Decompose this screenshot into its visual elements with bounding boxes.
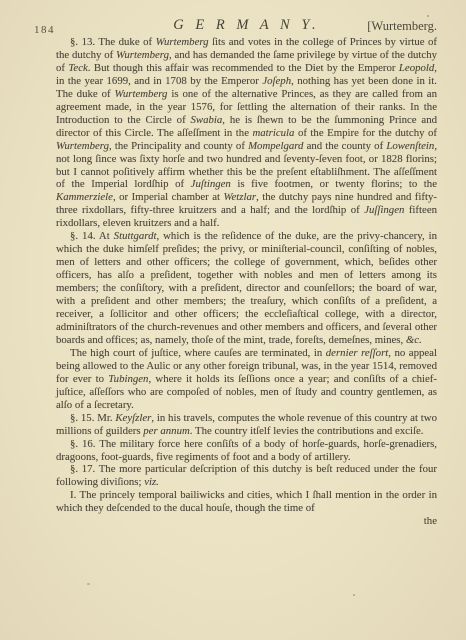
scan-speckle <box>353 594 355 596</box>
page-body: §. 13. The duke of Wurtemberg ſits and v… <box>56 36 437 528</box>
paragraph-section-14: §. 14. At Stuttgardt, which is the reſid… <box>56 230 437 347</box>
paragraph-section-15: §. 15. Mr. Keyſzler, in his travels, com… <box>56 412 437 438</box>
header-section-label: [Wurtemberg. <box>367 19 437 34</box>
catchword: the <box>56 515 437 528</box>
page-number: 184 <box>34 24 55 36</box>
paragraph-section-17: §. 17. The more particular deſcription o… <box>56 463 437 489</box>
paragraph-section-16: §. 16. The military force here conſiſts … <box>56 438 437 464</box>
scan-speckle <box>87 583 90 585</box>
running-head: 184 G E R M A N Y. [Wurtemberg. <box>56 17 437 36</box>
paragraph-section-13: §. 13. The duke of Wurtemberg ſits and v… <box>56 36 437 230</box>
paragraph-high-court: The high court of juſtice, where cauſes … <box>56 347 437 412</box>
scan-speckle <box>427 15 429 17</box>
book-page-scan: 184 G E R M A N Y. [Wurtemberg. §. 13. T… <box>0 0 466 640</box>
paragraph-division-1: I. The princely temporal bailiwicks and … <box>56 489 437 515</box>
text-block: 184 G E R M A N Y. [Wurtemberg. §. 13. T… <box>56 17 437 528</box>
